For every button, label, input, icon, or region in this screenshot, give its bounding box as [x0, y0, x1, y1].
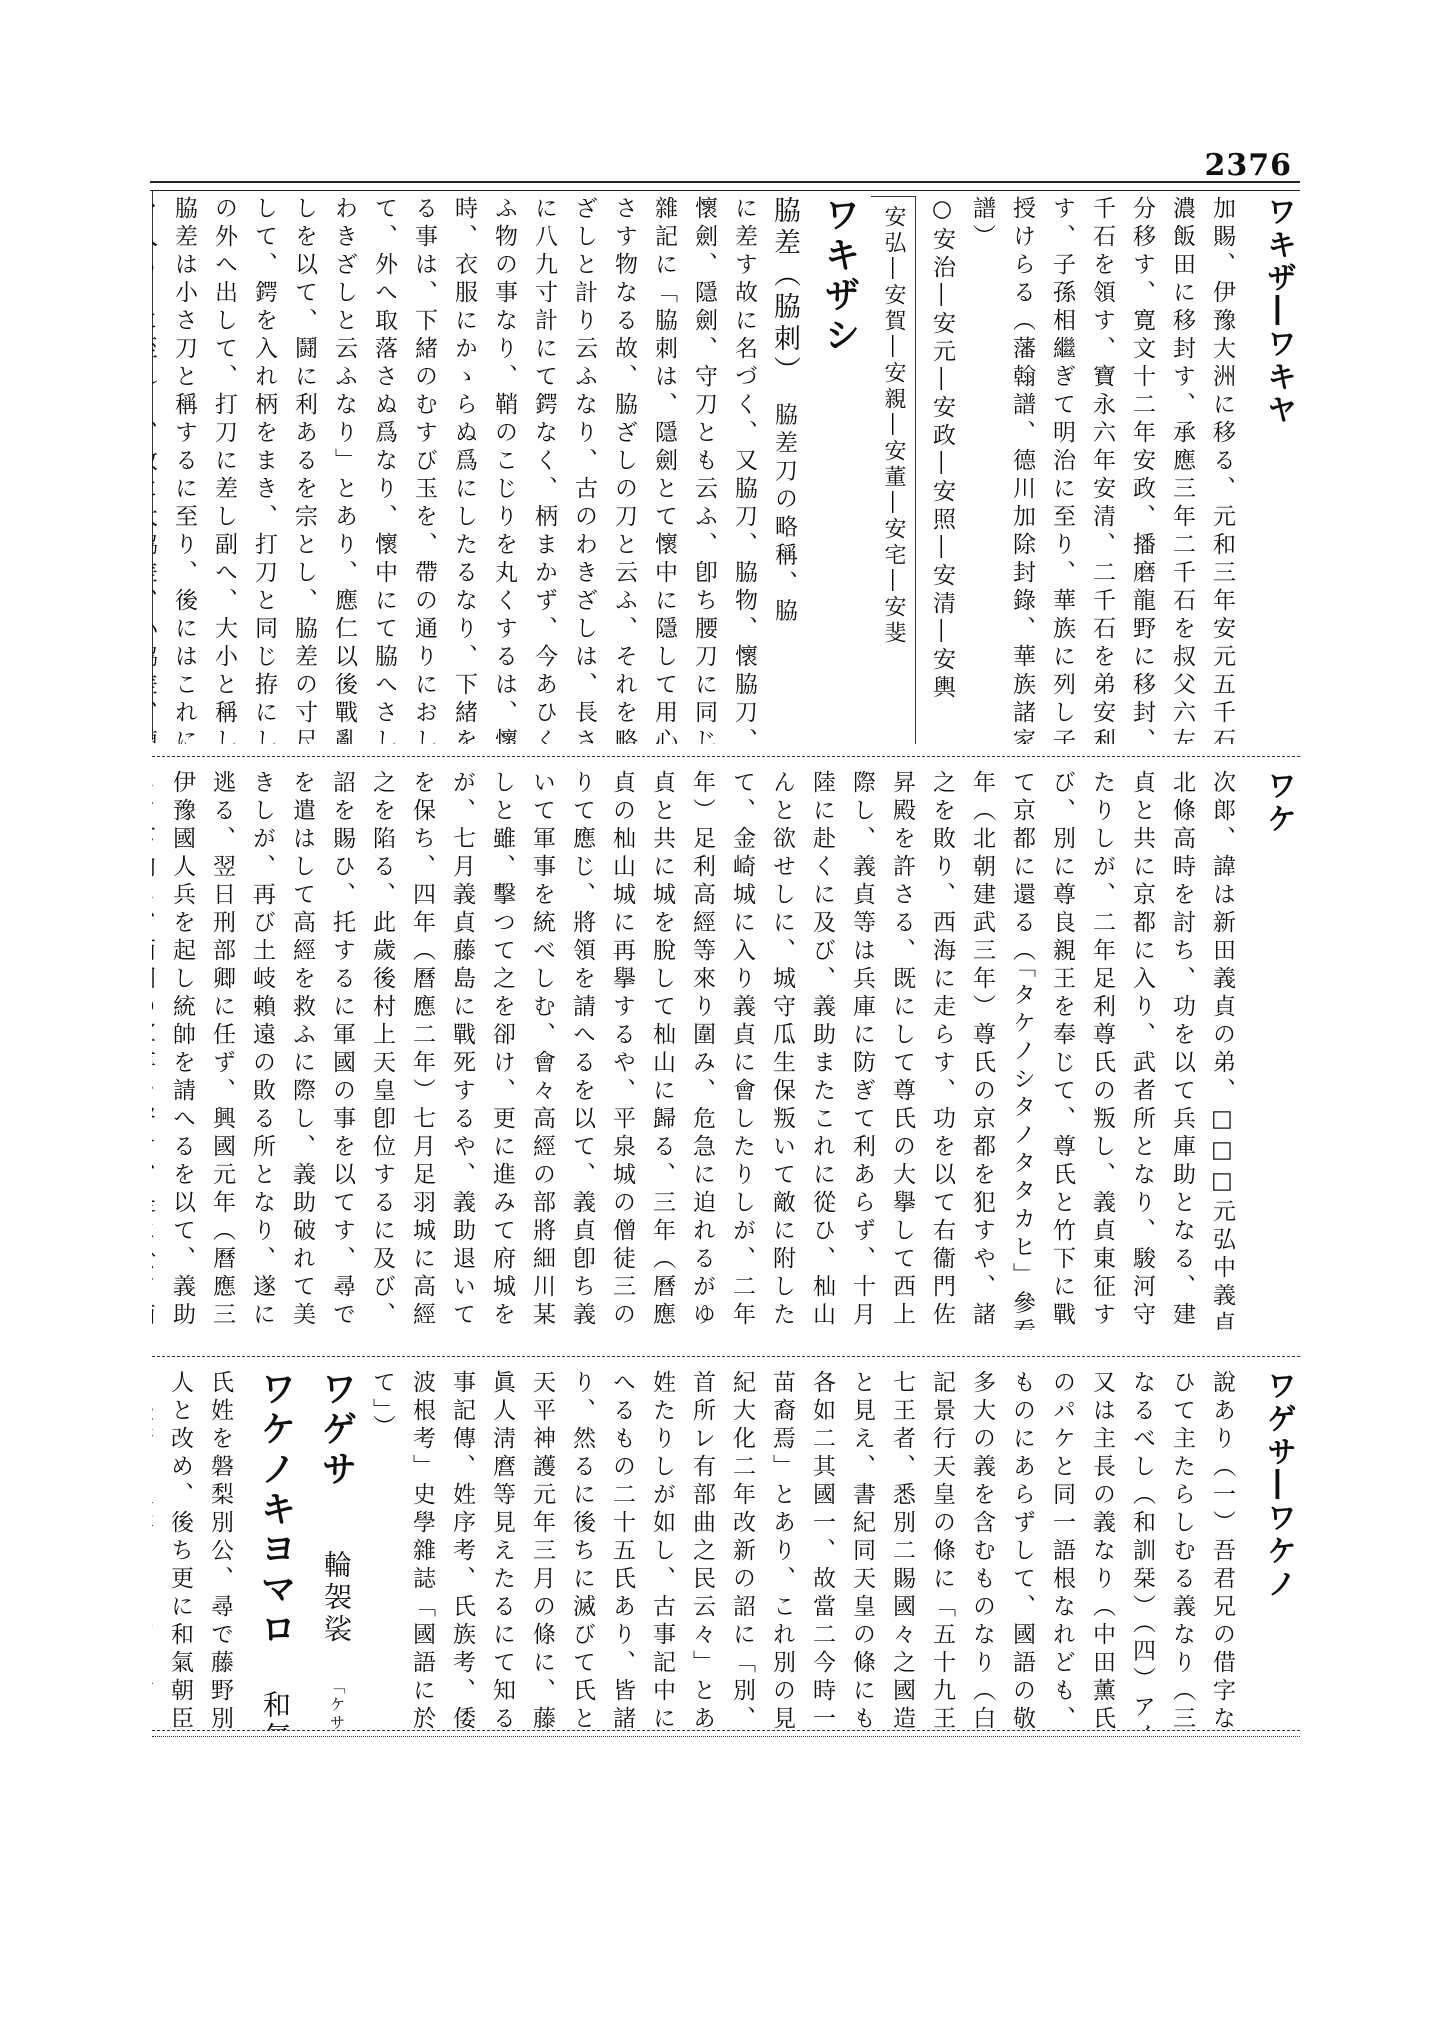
running-head: ワケ	[1256, 770, 1300, 1330]
text-column: ひて主たらしむる義なり（三）別れて始祖となるを言	[1162, 1370, 1202, 1730]
text-column: 譜）	[962, 196, 1002, 744]
text-column: 千石を領す、寶永六年安清、二千石を弟安利に分封	[1082, 196, 1122, 744]
text-column: 波根考」史學雜誌「國語に於ける敬稱語の原義に就	[402, 1370, 442, 1730]
text-column: に差す故に名づく、又脇刀、脇物、懷脇刀、懷刀、	[724, 196, 764, 744]
genealogy-line-2: 安弘―安賀―安親―安董―安宅―安斐	[871, 196, 916, 744]
text-column: 次郞、諱は新田義貞の弟、□□□元弘中義貞に從うて	[1202, 770, 1242, 1330]
text-column: んと欲せしに、城守瓜生保叛いて敵に附したるを以	[762, 770, 802, 1330]
text-column: 貞と共に京都に入り、武者所となり、駿河守護を領し	[1122, 770, 1162, 1330]
text-column: 記景行天皇の條に「五十九王、幷八十王之中、七十	[922, 1370, 962, 1730]
text-column: ものにあらずして、國語の敬稱語にて、頭首、根本、	[1002, 1370, 1042, 1730]
text-column: 貞の杣山城に再擧するや、平泉城の僧徒三の峯に據	[602, 770, 642, 1330]
text-column: 濃飯田に移封す、承應三年二千石を叔父六左衞門に	[1162, 196, 1202, 744]
text-column: 昇殿を許さる、既にして尊氏の大擧して西上するに	[882, 770, 922, 1330]
text-column: しを以て、鬪に利あるを宗とし、脇差の寸尺を長く	[284, 196, 324, 744]
text-column: なるべし（和訓栞）（四）アイヌ語の官名パケにて、頭	[1122, 1370, 1162, 1730]
entry-text: 脇差刀の略稱、脇	[771, 403, 797, 627]
kanji-label: 輪袈裟	[316, 1550, 356, 1646]
text-column: 七王者、悉別二賜國々之國造、亦和氣及稻置、縣主一也」	[882, 1370, 922, 1730]
text-column: て京都に還る（「タケノシタノタタカヒ」參看）延元元	[1002, 770, 1042, 1330]
text-column: 詔を賜ひ、托するに軍國の事を以てす、尋で尊氏兵	[322, 770, 362, 1330]
entry-kanji: 脇差（脇刺） 脇差刀の略稱、脇	[764, 196, 804, 744]
text-column: 際し、義貞等は兵庫に防ぎて利あらず、十月義貞の北	[842, 770, 882, 1330]
kanji-label: 和氣淸麿	[255, 1690, 295, 1730]
text-column: て、外へ取落さぬ爲なり、懷中にて脇へさし置く故、	[364, 196, 404, 744]
text-column: 授けらる（藩翰譜、德川加除封錄、華族諸家傳、華族	[1002, 196, 1042, 744]
text-column: きしが、再び土岐賴遠の敗る所となり、遂に吉野に	[242, 770, 282, 1330]
text-column: 分移す、寛文十二年安政、播磨龍野に移封、五萬三	[1122, 196, 1162, 744]
entry-text: 「ケサ」を見よ、	[327, 1686, 346, 1730]
text-column: 姓たりしが如し、古事記中に、皇子にして別姓を負	[642, 1370, 682, 1730]
text-column: して下向し、西國の軍事を督す、是に於て南海の官	[152, 770, 162, 1330]
text-column: 紀大化二年改新の詔に「別、臣、連、伴造、國造、村	[722, 1370, 762, 1730]
text-column: 加賜、伊豫大洲に移る、元和三年安元五千石加賜、信	[1202, 196, 1242, 744]
running-head: ワキザ―ワキヤ	[1256, 196, 1300, 744]
band-2: ワケ 次郞、諱は新田義貞の弟、□□□元弘中義貞に從うて 北條高時を討ち、功を以て…	[152, 770, 1300, 1330]
text-column: 年）足利高經等來り圍み、危急に迫れるがゆゑに、義	[682, 770, 722, 1330]
band-divider-lower	[152, 1736, 1300, 1737]
text-column: 雜記に「脇刺は、隱劍とて懷中に隱して用心の爲に	[644, 196, 684, 744]
text-column: す、子孫相繼ぎて明治に至り、華族に列し子爵を	[1042, 196, 1082, 744]
text-column: して、鍔を入れ柄をまき、打刀と同じ拵にして、懷	[244, 196, 284, 744]
text-column: り、然るに後ちに滅びて氏となりしこと、續日本紀	[562, 1370, 602, 1730]
text-column: たりしが、二年足利尊氏の叛し、義貞東征するに及	[1082, 770, 1122, 1330]
text-column: 眞人淸麿等見えたるにて知るべし「カバネ」參看、（古	[482, 1370, 522, 1730]
band-3: ワゲサ―ワケノ 說あり（一）吾君兄の借字なるべし（二）諸國を別ち賜 ひて主たらし…	[152, 1370, 1300, 1730]
text-column: さす物なる故、脇ざしの刀と云ふ、それを略して脇	[604, 196, 644, 744]
header-rule-inner	[150, 190, 1300, 191]
band-1: ワキザ―ワキヤ 加賜、伊豫大洲に移る、元和三年安元五千石加賜、信 濃飯田に移封す…	[152, 196, 1300, 744]
band-divider	[152, 756, 1300, 757]
text-column: わきざしと云ふなり」とあり、應仁以後戰亂相次ぎ	[324, 196, 364, 744]
header-rule	[150, 181, 1300, 183]
text-column: て」）	[362, 1370, 402, 1730]
text-column: の後裔、父詳かならず、姉を法均尼といふ□□備	[152, 1370, 160, 1730]
text-column: が、七月義貞藤島に戰死するや、義助退いて石丸城	[442, 770, 482, 1330]
text-column: 伊豫國人兵を起し統帥を請へるを以て、義助命を拜	[162, 770, 202, 1330]
text-column: 逃る、翌日刑部卿に任ず、興國元年（曆應三年）の春、	[202, 770, 242, 1330]
text-column: 年（北朝建武三年）尊氏の京都を犯すや、諸將と共に	[962, 770, 1002, 1330]
text-column: りて應じ、將領を請へるを以て、義貞卽ち義助をして赴	[562, 770, 602, 1330]
text-column: 天平神護元年三月の條に、藤野別眞人虛虫女、藤野別	[522, 1370, 562, 1730]
text-column: 事記傳、姓序考、氏族考、倭訓栞、國家學會雜誌「可	[442, 1370, 482, 1730]
headword-label: ワケノキヨマロ	[255, 1370, 296, 1650]
text-column: を入るゝに至れり、故に大脇差、小脇差、陣脇差事	[152, 196, 164, 744]
text-column: び、別に尊良親王を奉じて、尊氏と竹下に戰ひ、敗れ	[1042, 770, 1082, 1330]
text-column: 之を陷る、此歲後村上天皇卽位するに及び、特に優	[362, 770, 402, 1330]
text-column: 懷劍、隱劍、守刀とも云ふ、卽ち腰刀に同じ、貞丈	[684, 196, 724, 744]
running-head: ワゲサ―ワケノ	[1256, 1370, 1300, 1730]
text-column: と見え、書紀同天皇の條にも「七十餘子、皆封二國郡一	[842, 1370, 882, 1730]
text-column: を保ち、四年（曆應二年）七月足羽城に高經を攻めて	[402, 770, 442, 1330]
headword-wagesa: ワゲサ輪袈裟 「ケサ」を見よ、	[311, 1370, 362, 1730]
page-number: 2376	[1205, 148, 1293, 183]
band-divider	[152, 1356, 1300, 1357]
headword-wakizashi: ワキザシ	[814, 196, 865, 744]
text-column: 脇差は小さ刀と稱するに至り、後にはこれにも又鍔	[164, 196, 204, 744]
text-column: 之を敗り、西海に走らす、功を以て右衞門佐に拜し、	[922, 770, 962, 1330]
text-column: ざしと計り云ふなり、古のわきざしは、長さ柄とも	[564, 196, 604, 744]
text-column: 首所レ有部曲之民云々」とあるを見れば、上古は貴き	[682, 1370, 722, 1730]
text-column: へるもの二十五氏あり、皆諸國の地名を以て名とせ	[602, 1370, 642, 1730]
text-column: 人と改め、後ち更に和氣朝臣を賜ふ□□鐵石別命	[160, 1370, 200, 1730]
text-column: 說あり（一）吾君兄の借字なるべし（二）諸國を別ち賜	[1202, 1370, 1242, 1730]
text-column: 北條高時を討ち、功を以て兵庫助となる、建武元年義	[1162, 770, 1202, 1330]
text-column: 苗裔焉」とあり、これ別の見えたる始めなり、又孝德	[762, 1370, 802, 1730]
text-column: しと雖、擊つて之を卻け、更に進みて府城を取りし	[482, 770, 522, 1330]
text-column: 時、衣服にかゝらぬ爲にしたるなり、下緒を短くす	[444, 196, 484, 744]
text-column: 各如二其國一、故當二今時一謂二諸國之別一者、則其別王之	[802, 1370, 842, 1730]
text-column: 又は主長の義なり（中田薰氏說）（四）別とアイヌ語	[1082, 1370, 1122, 1730]
genealogy-line-1: ○安治―安元―安政―安照―安清―安輿	[922, 196, 962, 744]
text-column: の外へ出して、打刀に差し副へ、大小と稱し、昔の	[204, 196, 244, 744]
text-column: いて軍事を統べしむ、會々高經の部將細川某來襲せ	[522, 770, 562, 1330]
text-column: を遣はして高經を救ふに際し、義助破れて美濃に趣	[282, 770, 322, 1330]
text-column: 氏姓を磐梨別公、尋で藤野別眞人、または輔治能眞	[200, 1370, 240, 1730]
text-column: 陸に赴くに及び、義助またこれに從ひ、杣山城に據ら	[802, 770, 842, 1330]
text-column: ふ物の事なり、鞘のこじりを丸くするは、懷中する	[484, 196, 524, 744]
headword-label: ワゲサ	[316, 1370, 357, 1490]
text-column: て、金崎城に入り義貞に會したりしが、二年（建武四	[722, 770, 762, 1330]
text-column: る事は、下緒のむすび玉を、帶の通りにおしはさみ	[404, 196, 444, 744]
headword-wakenokiyomaro: ワケノキヨマロ和氣淸麿 名號初め	[250, 1370, 301, 1730]
text-column: のパケと同一語根なれども、アイヌ語より出でたる	[1042, 1370, 1082, 1730]
text-column: に八九寸計にて鍔なく、柄まかず、今あひくちとい	[524, 196, 564, 744]
kanji-label: 脇差（脇刺）	[769, 196, 800, 375]
text-column: 多大の義を含むものなり（白鳥博士）□□□古事	[962, 1370, 1002, 1730]
band-divider	[152, 1730, 1300, 1731]
text-column: 貞と共に城を脫して杣山に歸る、三年（曆應元年）義	[642, 770, 682, 1330]
